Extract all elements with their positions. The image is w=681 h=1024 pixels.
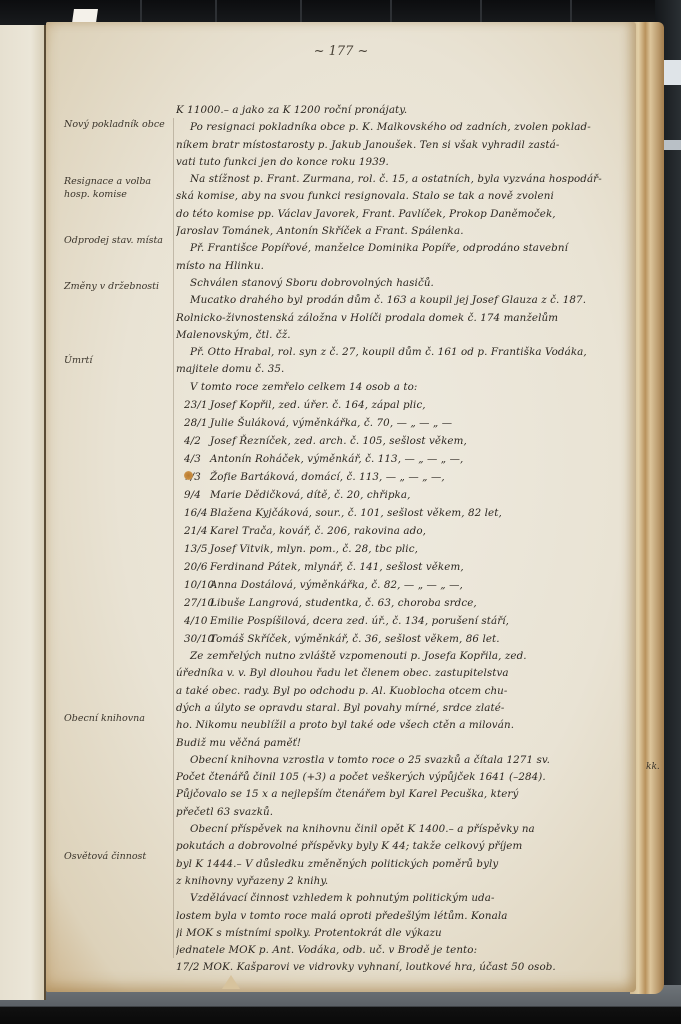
text-line: Př. Františce Popířové, manželce Dominik… <box>176 240 636 257</box>
text-line: a také obec. rady. Byl po odchodu p. Al.… <box>176 683 636 700</box>
text-line: Na stížnost p. Frant. Zurmana, rol. č. 1… <box>176 171 636 188</box>
text-line: úředníka v. v. Byl dlouhou řadu let člen… <box>176 665 636 682</box>
text-line: Mucatko drahého byl prodán dům č. 163 a … <box>176 292 636 309</box>
text-line: Půjčovalo se 15 x a nejlepším čtenářem b… <box>176 786 636 803</box>
death-entry: 16/4Blažena Kyjčáková, sour., č. 101, se… <box>184 504 636 522</box>
text-line: z knihovny vyřazeny 2 knihy. <box>176 873 636 890</box>
margin-note-education: Osvětová činnost <box>64 850 174 863</box>
chronicle-body: K 11000.– a jako za K 1200 roční pronája… <box>176 102 636 977</box>
page-number: ~ 177 ~ <box>46 44 636 59</box>
text-line: Př. Otto Hrabal, rol. syn z č. 27, koupi… <box>176 344 636 361</box>
text-line: do této komise pp. Václav Javorek, Frant… <box>176 206 636 223</box>
text-line: Obecní knihovna vzrostla v tomto roce o … <box>176 752 636 769</box>
facing-left-page <box>0 25 46 1000</box>
ink-stain <box>184 471 193 480</box>
death-entry: 4/2Josef Řezníček, zed. arch. č. 105, se… <box>184 432 636 450</box>
margin-note-resignation: Resignace a volba hosp. komise <box>64 175 174 201</box>
text-line: ská komise, aby na svou funkci resignova… <box>176 188 636 205</box>
chronicle-page: ~ 177 ~ Nový pokladník obce Resignace a … <box>46 22 636 992</box>
text-line: Malenovským, čtl. čž. <box>176 327 636 344</box>
text-line: ji MOK s místními spolky. Protentokrát d… <box>176 925 636 942</box>
edge-note: kk. <box>646 762 660 772</box>
death-entry: 10/10Anna Dostálová, výměnkářka, č. 82, … <box>184 576 636 594</box>
text-line: Rolnicko-živnostenská záložna v Holíči p… <box>176 310 636 327</box>
death-entry: 28/1Julie Šuláková, výměnkářka, č. 70, —… <box>184 414 636 432</box>
death-entry: 7/3Žofie Bartáková, domácí, č. 113, — „ … <box>184 468 636 486</box>
bookmark-tab <box>72 9 98 23</box>
deaths-list: 23/1Josef Kopřil, zed. úřer. č. 164, záp… <box>176 396 636 648</box>
text-line: níkem bratr místostarosty p. Jakub Janou… <box>176 137 636 154</box>
text-line: Budiž mu věčná paměť! <box>176 735 636 752</box>
text-line: Obecní příspěvek na knihovnu činil opět … <box>176 821 636 838</box>
text-line: Ze zemřelých nutno zvláště vzpomenouti p… <box>176 648 636 665</box>
text-line: V tomto roce zemřelo celkem 14 osob a to… <box>176 379 636 396</box>
text-line: ho. Nikomu neublížil a proto byl také od… <box>176 717 636 734</box>
text-line: vati tuto funkci jen do konce roku 1939. <box>176 154 636 171</box>
death-entry: 13/5Josef Vitvik, mlyn. pom., č. 28, tbc… <box>184 540 636 558</box>
text-line: pokutách a dobrovolné příspěvky byly K 4… <box>176 838 636 855</box>
text-line: Po resignaci pokladníka obce p. K. Malko… <box>176 119 636 136</box>
text-line: dých a úlyto se opravdu staral. Byl pova… <box>176 700 636 717</box>
text-line: přečetl 63 svazků. <box>176 804 636 821</box>
text-line: Počet čtenářů činil 105 (+3) a počet veš… <box>176 769 636 786</box>
torn-corner-fold <box>222 975 240 989</box>
margin-note-plot-sale: Odprodej stav. místa <box>64 234 174 247</box>
text-line: místo na Hlinku. <box>176 258 636 275</box>
death-entry: 4/3Antonín Roháček, výměnkář, č. 113, — … <box>184 450 636 468</box>
text-line: Jaroslav Tománek, Antonín Skříček a Fran… <box>176 223 636 240</box>
margin-note-library: Obecní knihovna <box>64 712 174 725</box>
margin-note-deaths: Úmrtí <box>64 354 174 367</box>
death-entry: 9/4Marie Dědičková, dítě, č. 20, chřipka… <box>184 486 636 504</box>
text-line: 17/2 MOK. Kašparovi ve vidrovky vyhnaní,… <box>176 959 636 976</box>
death-entry: 20/6Ferdinand Pátek, mlynář, č. 141, seš… <box>184 558 636 576</box>
text-line: Schválen stanový Sboru dobrovolných hasi… <box>176 275 636 292</box>
text-line: Vzdělávací činnost vzhledem k pohnutým p… <box>176 890 636 907</box>
margin-note-ownership-changes: Změny v držebnosti <box>64 280 174 293</box>
death-entry: 21/4Karel Trača, kovář, č. 206, rakovina… <box>184 522 636 540</box>
death-entry: 23/1Josef Kopřil, zed. úřer. č. 164, záp… <box>184 396 636 414</box>
death-entry: 30/10Tomáš Skříček, výměnkář, č. 36, seš… <box>184 630 636 648</box>
margin-note-new-treasurer: Nový pokladník obce <box>64 118 174 131</box>
text-line: byl K 1444.– V důsledku změněných politi… <box>176 856 636 873</box>
text-line: majitele domu č. 35. <box>176 361 636 378</box>
text-line: lostem byla v tomto roce malá oproti pře… <box>176 908 636 925</box>
text-line: jednatele MOK p. Ant. Vodáka, odb. uč. v… <box>176 942 636 959</box>
death-entry: 4/10Emilie Pospíšilová, dcera zed. úř., … <box>184 612 636 630</box>
death-entry: 27/10Libuše Langrová, studentka, č. 63, … <box>184 594 636 612</box>
text-line: K 11000.– a jako za K 1200 roční pronája… <box>176 102 636 119</box>
